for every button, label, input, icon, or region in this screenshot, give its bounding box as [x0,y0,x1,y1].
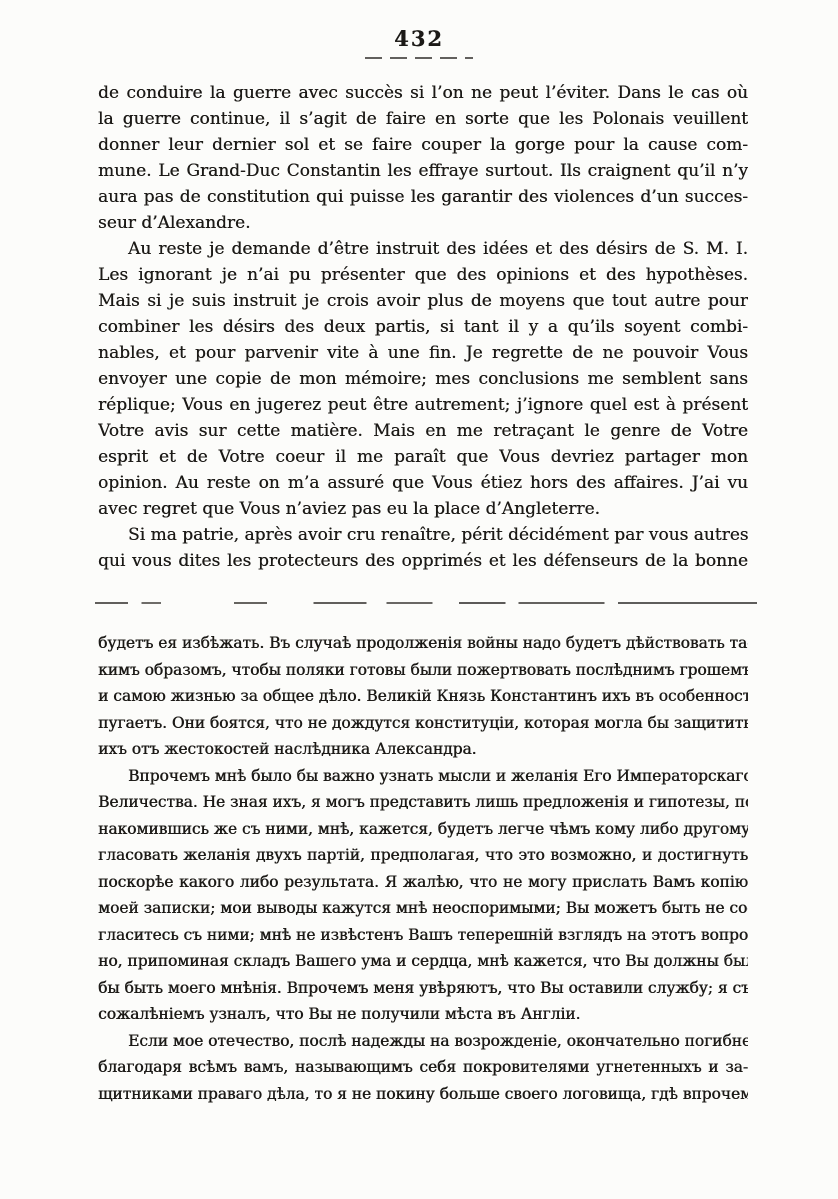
text-line: гласитесь съ ними; мнѣ не извѣстенъ Вашъ… [98,922,748,949]
section-divider-rule [95,602,757,604]
text-line: Впрочемъ мнѣ было бы важно узнать мысли … [98,763,748,790]
page-number-rule [365,57,473,59]
text-line: поскорѣе какого либо результата. Я жалѣю… [98,869,748,896]
paragraph: будетъ ея избѣжать. Въ случаѣ продолжені… [98,630,748,763]
text-line: envoyer une copie de mon mémoire; mes co… [98,366,748,392]
text-line: накомившись же съ ними, мнѣ, кажется, бу… [98,816,748,843]
text-line: бы быть моего мнѣнія. Впрочемъ меня увѣр… [98,975,748,1002]
paragraph: Au reste je demande d’être instruit des … [98,236,748,522]
text-line: будетъ ея избѣжать. Въ случаѣ продолжені… [98,630,748,657]
text-line: aura pas de constitution qui puisse les … [98,184,748,210]
text-line: Les ignorant je n’ai pu présenter que de… [98,262,748,288]
page-number: 432 [0,26,838,51]
text-line: qui vous dites les protecteurs des oppri… [98,548,748,574]
text-line: avec regret que Vous n’aviez pas eu la p… [98,496,748,522]
paragraph: Если мое отечество, послѣ надежды на воз… [98,1028,748,1108]
text-line: Величества. Не зная ихъ, я могъ представ… [98,789,748,816]
text-line: ихъ отъ жестокостей наслѣдника Александр… [98,736,748,763]
text-line: nables, et pour parvenir vite à une fin.… [98,340,748,366]
text-line: Votre avis sur cette matière. Mais en me… [98,418,748,444]
text-line: de conduire la guerre avec succès si l’o… [98,80,748,106]
text-line: щитниками праваго дѣла, то я не покину б… [98,1081,748,1108]
text-line: seur d’Alexandre. [98,210,748,236]
text-line: Если мое отечество, послѣ надежды на воз… [98,1028,748,1055]
russian-text-block: будетъ ея избѣжать. Въ случаѣ продолжені… [98,630,748,1107]
paragraph: de conduire la guerre avec succès si l’o… [98,80,748,236]
text-line: esprit et de Votre coeur il me paraît qu… [98,444,748,470]
french-text-block: de conduire la guerre avec succès si l’o… [98,80,748,574]
text-line: и самою жизнью за общее дѣло. Великій Кн… [98,683,748,710]
text-line: mune. Le Grand-Duc Constantin les effray… [98,158,748,184]
text-line: Au reste je demande d’être instruit des … [98,236,748,262]
text-line: opinion. Au reste on m’a assuré que Vous… [98,470,748,496]
paragraph: Впрочемъ мнѣ было бы важно узнать мысли … [98,763,748,1028]
text-line: combiner les désirs des deux partis, si … [98,314,748,340]
text-line: гласовать желанія двухъ партій, предпола… [98,842,748,869]
text-line: благодаря всѣмъ вамъ, называющимъ себя п… [98,1054,748,1081]
text-line: la guerre continue, il s’agit de faire e… [98,106,748,132]
text-line: сожалѣніемъ узналъ, что Вы не получили м… [98,1001,748,1028]
text-line: но, припоминая складъ Вашего ума и сердц… [98,948,748,975]
paragraph: Si ma patrie, après avoir cru renaître, … [98,522,748,574]
text-line: кимъ образомъ, чтобы поляки готовы были … [98,657,748,684]
text-line: Mais si je suis instruit je crois avoir … [98,288,748,314]
text-line: Si ma patrie, après avoir cru renaître, … [98,522,748,548]
text-line: пугаетъ. Они боятся, что не дождутся кон… [98,710,748,737]
text-line: моей записки; мои выводы кажутся мнѣ нео… [98,895,748,922]
scanned-book-page: 432 de conduire la guerre avec succès si… [0,0,838,1199]
text-line: réplique; Vous en jugerez peut être autr… [98,392,748,418]
text-line: donner leur dernier sol et se faire coup… [98,132,748,158]
